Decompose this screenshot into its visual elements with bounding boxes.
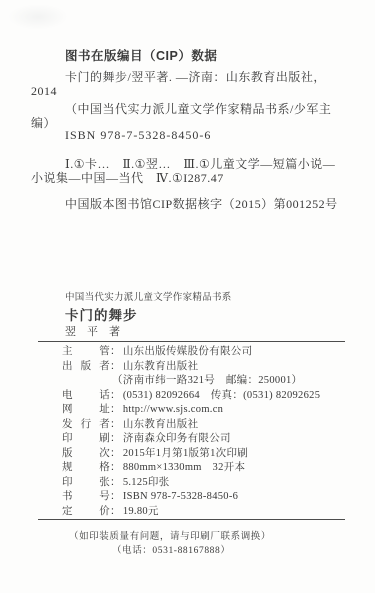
colophon-block: 主管：山东出版传媒股份有限公司 出版者：山东教育出版社 （济南市纬一路321号 … xyxy=(62,345,362,520)
row-label: 主管 xyxy=(62,345,110,360)
row-colon: ： xyxy=(110,389,121,404)
series-title: 中国当代实力派儿童文学作家精品书系 xyxy=(65,289,232,303)
scan-smudge xyxy=(8,4,68,30)
copyright-page: 图书在版编目（CIP）数据 卡门的舞步/翌平著. —济南：山东教育出版社， 20… xyxy=(0,0,375,593)
colophon-row-isbn: 书号：ISBN 978-7-5328-8450-6 xyxy=(62,490,362,505)
row-colon: ： xyxy=(110,345,121,360)
colophon-row-address: （济南市纬一路321号 邮编：250001） xyxy=(62,374,362,389)
row-label: 网址 xyxy=(62,403,110,418)
row-label: 印张 xyxy=(62,476,110,491)
row-value: 济南森众印务有限公司 xyxy=(123,432,231,447)
row-label: 发行者 xyxy=(62,418,110,433)
colophon-row-edition: 版次：2015年1月第1版第1次印刷 xyxy=(62,447,362,462)
row-colon: ： xyxy=(110,461,121,476)
cip-header: 图书在版编目（CIP）数据 xyxy=(65,46,217,64)
row-value: 5.125印张 xyxy=(123,476,170,491)
colophon-row-publisher: 出版者：山东教育出版社 xyxy=(62,360,362,375)
divider-bottom xyxy=(38,519,345,520)
cip-series-note-line2: 编） xyxy=(31,114,56,131)
colophon-row-phone: 电话：(0531) 82092664 传真：(0531) 82092625 xyxy=(62,389,362,404)
row-label: 印刷 xyxy=(62,432,110,447)
colophon-row-supervisor: 主管：山东出版传媒股份有限公司 xyxy=(62,345,362,360)
row-label: 定价 xyxy=(62,505,110,520)
row-value: 山东教育出版社 xyxy=(123,360,199,375)
row-colon: ： xyxy=(110,418,121,433)
colophon-row-sheets: 印张：5.125印张 xyxy=(62,476,362,491)
row-value: 山东教育出版社 xyxy=(123,418,199,433)
row-value: 19.80元 xyxy=(123,505,159,520)
row-value: ISBN 978-7-5328-8450-6 xyxy=(123,490,238,505)
book-title: 卡门的舞步 xyxy=(65,304,138,324)
author-name: 翌 平 著 xyxy=(65,323,120,339)
row-label xyxy=(62,374,110,389)
quality-note-line2: （电话：0531-88167888） xyxy=(112,542,230,556)
row-colon: ： xyxy=(110,490,121,505)
row-colon: ： xyxy=(110,432,121,447)
cip-entry-line2: 2014 xyxy=(31,84,57,99)
colophon-row-price: 定价：19.80元 xyxy=(62,505,362,520)
colophon-row-printer: 印刷：济南森众印务有限公司 xyxy=(62,432,362,447)
row-value: 山东出版传媒股份有限公司 xyxy=(123,345,253,360)
row-colon: ： xyxy=(110,447,121,462)
row-colon: ： xyxy=(110,360,121,375)
cip-classification-line2: 小说集—中国—当代 Ⅳ.①I287.47 xyxy=(31,169,224,186)
row-label: 规格 xyxy=(62,461,110,476)
cip-record-number: 中国版本图书馆CIP数据核字（2015）第001252号 xyxy=(65,195,338,212)
colophon-row-website: 网址：http://www.sjs.com.cn xyxy=(62,403,362,418)
row-label: 出版者 xyxy=(62,360,110,375)
row-colon: ： xyxy=(110,505,121,520)
row-label: 电话 xyxy=(62,389,110,404)
colophon-row-format: 规格：880mm×1330mm 32开本 xyxy=(62,461,362,476)
row-value: http://www.sjs.com.cn xyxy=(123,403,223,418)
row-colon: ： xyxy=(110,476,121,491)
row-value: (0531) 82092664 传真：(0531) 82092625 xyxy=(123,389,320,404)
row-label: 书号 xyxy=(62,490,110,505)
quality-note-line1: （如印装质量有问题，请与印刷厂联系调换） xyxy=(69,528,271,542)
row-value: （济南市纬一路321号 邮编：250001） xyxy=(112,374,302,389)
divider-top xyxy=(38,341,345,342)
cip-series-note-line1: （中国当代实力派儿童文学作家精品书系/少军主 xyxy=(65,100,331,117)
colophon-row-distributor: 发行者：山东教育出版社 xyxy=(62,418,362,433)
cip-isbn: ISBN 978-7-5328-8450-6 xyxy=(65,128,211,143)
cip-entry-line1: 卡门的舞步/翌平著. —济南：山东教育出版社， xyxy=(65,68,326,85)
row-label: 版次 xyxy=(62,447,110,462)
row-value: 880mm×1330mm 32开本 xyxy=(123,461,245,476)
row-value: 2015年1月第1版第1次印刷 xyxy=(123,447,248,462)
row-colon: ： xyxy=(110,403,121,418)
